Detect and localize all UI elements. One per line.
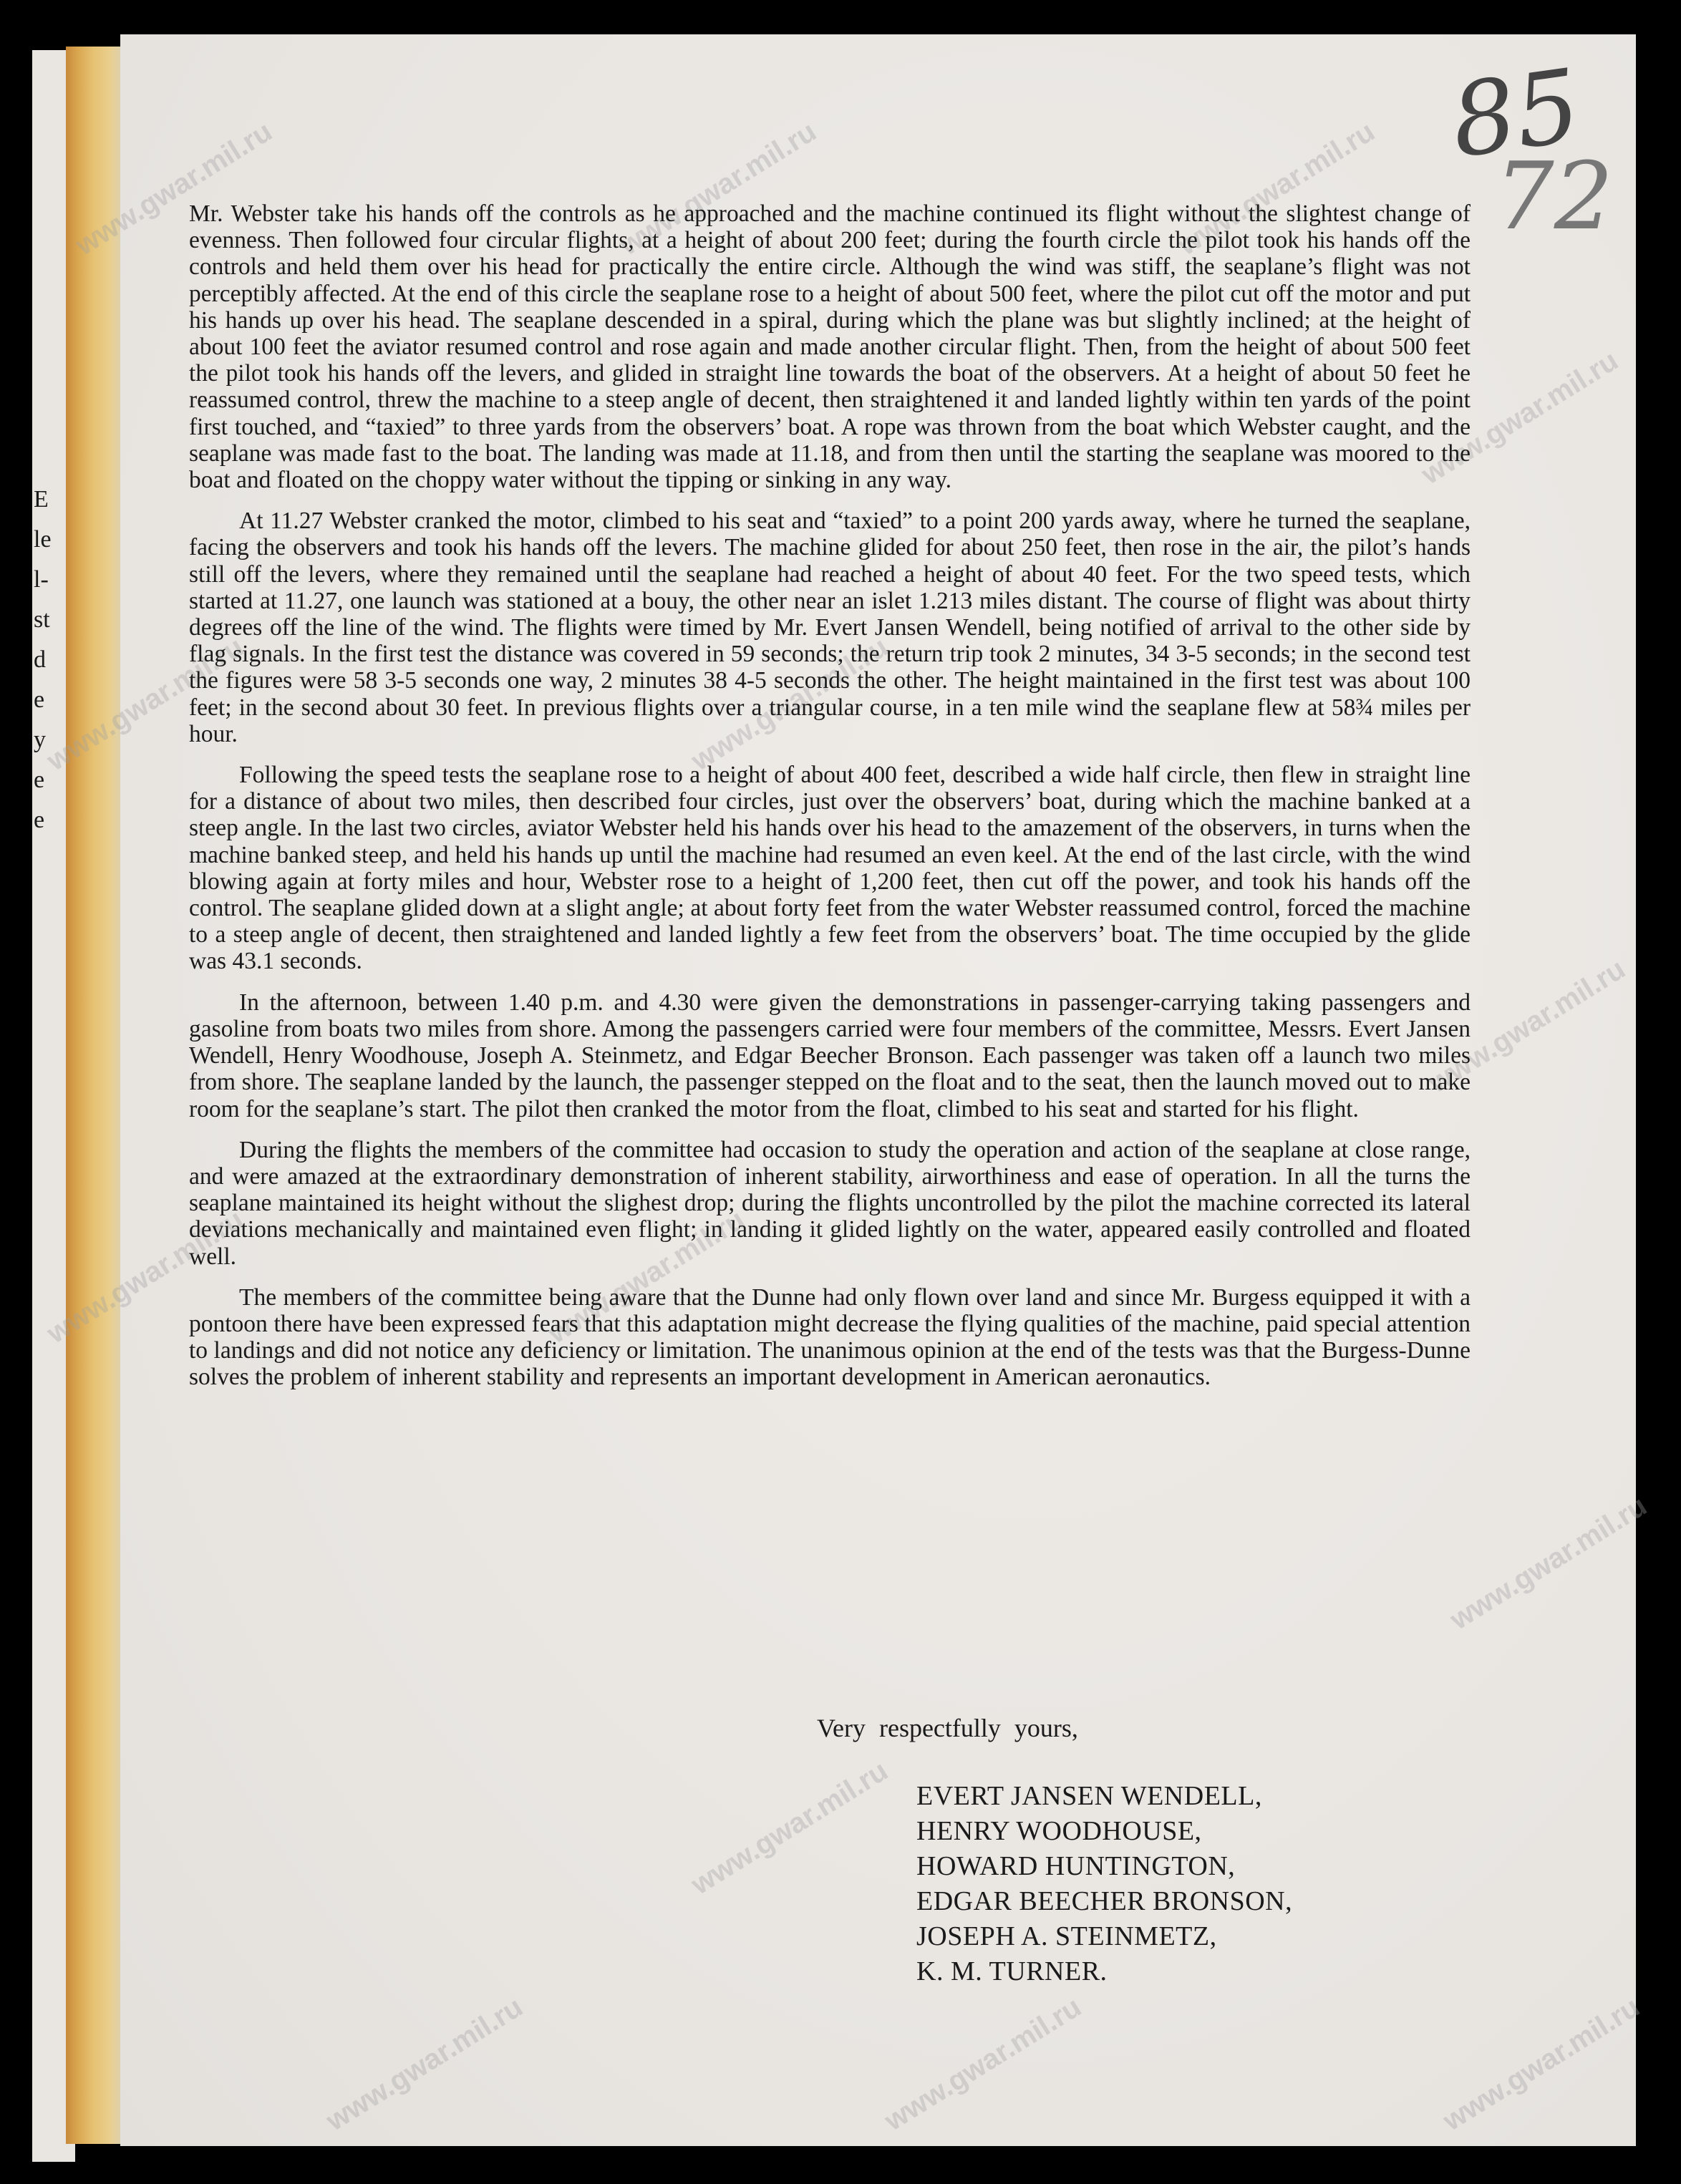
paragraph: Mr. Webster take his hands off the contr… (189, 200, 1471, 493)
signatory: HOWARD HUNTINGTON, (916, 1849, 1292, 1884)
closing-salutation: Very respectfully yours, (817, 1713, 1078, 1743)
previous-page-fragment: E le l- st d e y e e (34, 480, 48, 840)
watermark: www.gwar.mil.ru (321, 1991, 528, 2138)
binding-strip (66, 47, 122, 2144)
signatory: HENRY WOODHOUSE, (916, 1814, 1292, 1849)
fragment-letter: l- (34, 560, 48, 600)
fragment-letter: st (34, 600, 48, 640)
paragraph: Following the speed tests the seaplane r… (189, 762, 1471, 975)
folio-number-new: 72 (1495, 142, 1613, 251)
fragment-letter: e (34, 800, 48, 840)
paragraph: The members of the committee being aware… (189, 1284, 1471, 1391)
watermark: www.gwar.mil.ru (1445, 1490, 1652, 1637)
watermark: www.gwar.mil.ru (1438, 1991, 1645, 2138)
signatory: EDGAR BEECHER BRONSON, (916, 1884, 1292, 1919)
paragraph: At 11.27 Webster cranked the motor, clim… (189, 508, 1471, 747)
document-page: 85 72 www.gwar.mil.ru www.gwar.mil.ru ww… (120, 34, 1636, 2146)
signatory: K. M. TURNER. (916, 1954, 1292, 1989)
signatory: EVERT JANSEN WENDELL, (916, 1779, 1292, 1814)
fragment-letter: E (34, 480, 48, 520)
fragment-letter: y (34, 720, 48, 760)
signatory-list: EVERT JANSEN WENDELL, HENRY WOODHOUSE, H… (916, 1779, 1292, 1989)
paragraph: During the flights the members of the co… (189, 1137, 1471, 1270)
letter-body: Mr. Webster take his hands off the contr… (189, 200, 1471, 1405)
watermark: www.gwar.mil.ru (686, 1755, 893, 1902)
fragment-letter: e (34, 680, 48, 720)
signatory: JOSEPH A. STEINMETZ, (916, 1919, 1292, 1954)
fragment-letter: d (34, 640, 48, 680)
fragment-letter: le (34, 520, 48, 560)
watermark: www.gwar.mil.ru (879, 1991, 1087, 2138)
paragraph: In the afternoon, between 1.40 p.m. and … (189, 989, 1471, 1122)
fragment-letter: e (34, 760, 48, 800)
